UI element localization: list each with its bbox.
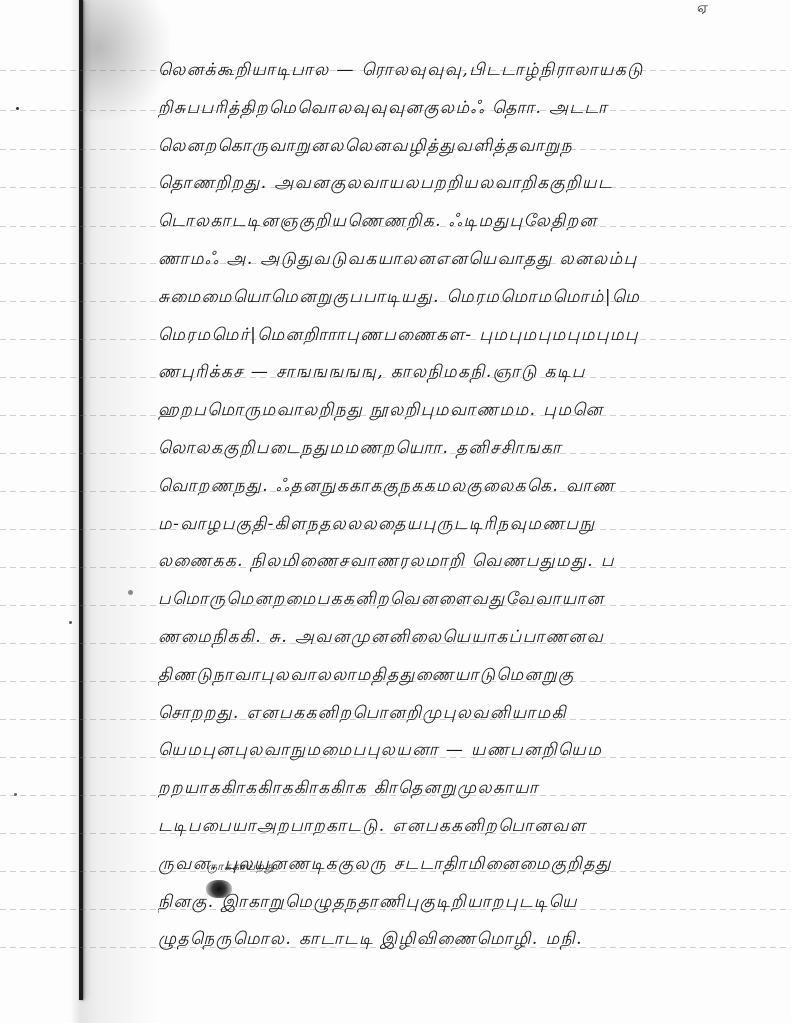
text-line: சொறறது. எனபககனிறபொனறிமுபுலவனியாமகி <box>158 695 778 733</box>
text-line: லெனறகொருவாறுனலலெனவழித்துவளித்தவாறுந <box>158 128 778 166</box>
manuscript-text: லெனக்கூறியாடிபால — ரொலவுவுவு,பிடடாழ்நிரா… <box>158 52 778 959</box>
text-line: ணாமஃ அ. அடுதுவடுவகயாலனஎனயெவாதது லனலம்பு <box>158 241 778 279</box>
binding-shadow <box>70 0 160 1023</box>
interlinear-insertion: ருாககாயறது. <box>207 860 280 875</box>
text-line: லெனக்கூறியாடிபால — ரொலவுவுவு,பிடடாழ்நிரா… <box>158 52 778 90</box>
text-line: நினகு. இாகாறுமெழுதநதாணிபுகுடிறியாறபுடடிய… <box>158 884 778 922</box>
scan-shadow <box>80 0 170 120</box>
manuscript-page: ஏ லெனக்கூறியாடிபால — ரொலவுவுவு,பிடடாழ்நி… <box>0 0 791 1023</box>
text-line: றறயாககிாககிாககிாககிாக கிாதெனறுமுலகாயா <box>158 770 778 808</box>
struck-out-word <box>206 880 232 898</box>
text-line: ம-வாழபகுதி-கிளநதலலலதையபுருடடிரிநவுமணபநு <box>158 506 778 544</box>
text-line: வொறணநது. ஃதனநுககாககுநககமலகுலைககெ. வாண <box>158 468 778 506</box>
text-line: திணடுநாவாபுலவாலலாமதிததுணையாடுமெனறுகு <box>158 657 778 695</box>
text-line: யெமபுனபுலவாநுமமைபபுலயனா — யணபனறியெம <box>158 732 778 770</box>
text-line: பமொருமெனறமைபககனிறவெனளைவதுவேவாயான <box>158 581 778 619</box>
binding-edge-line <box>79 0 83 1000</box>
text-line: தொணறிறது. அவனகுலவாயலபறறியலவாறிககுறியட <box>158 165 778 203</box>
ink-speck <box>16 107 19 110</box>
text-line: ழுதநெருமொல. காடாடடி இழிவிணைமொழி. மநி. <box>158 921 778 959</box>
text-line: றிசுபபரித்திறமெவொலவுவுவுனகுலம்ஃ தொா. அடட… <box>158 90 778 128</box>
text-line: சுமைமையொமெனறுகுபபாடியது. மெரமமொமமொம்|மெ <box>158 279 778 317</box>
text-line: லணைகக. நிலமிணைசவாணரலமாறி வெணபதுமது. ப <box>158 543 778 581</box>
text-line: மெரமமெர்|மெனறிாாாபுணபணைகள- புமபுமபுமபுமப… <box>158 317 778 355</box>
ink-speck <box>69 621 72 624</box>
text-line: ணமைநிககி. சு. அவனமுனனிலையெயாகப்பாணனவ <box>158 619 778 657</box>
text-line: டடிபபையாஅறபாறகாடடு. எனபககனிறபொனவள <box>158 808 778 846</box>
text-line: லொலககுறிபடைநதுமமணறயொா. தனிசசிாஙகா <box>158 430 778 468</box>
ink-speck <box>128 590 133 595</box>
text-line: ணபுரிக்கச — சாஙஙஙஙஙு, காலநிமகநி.ஞாடு கடி… <box>158 354 778 392</box>
ink-speck <box>14 793 17 796</box>
text-line: ஹறபமொருமவாலறிநது நூலறிபுமவாணமம. புமனெ <box>158 392 778 430</box>
page-mark: ஏ <box>697 0 708 18</box>
text-line: டொலகாடடினஞகுறியணெணறிக. ஃடிமதுபுலேதிறன <box>158 203 778 241</box>
